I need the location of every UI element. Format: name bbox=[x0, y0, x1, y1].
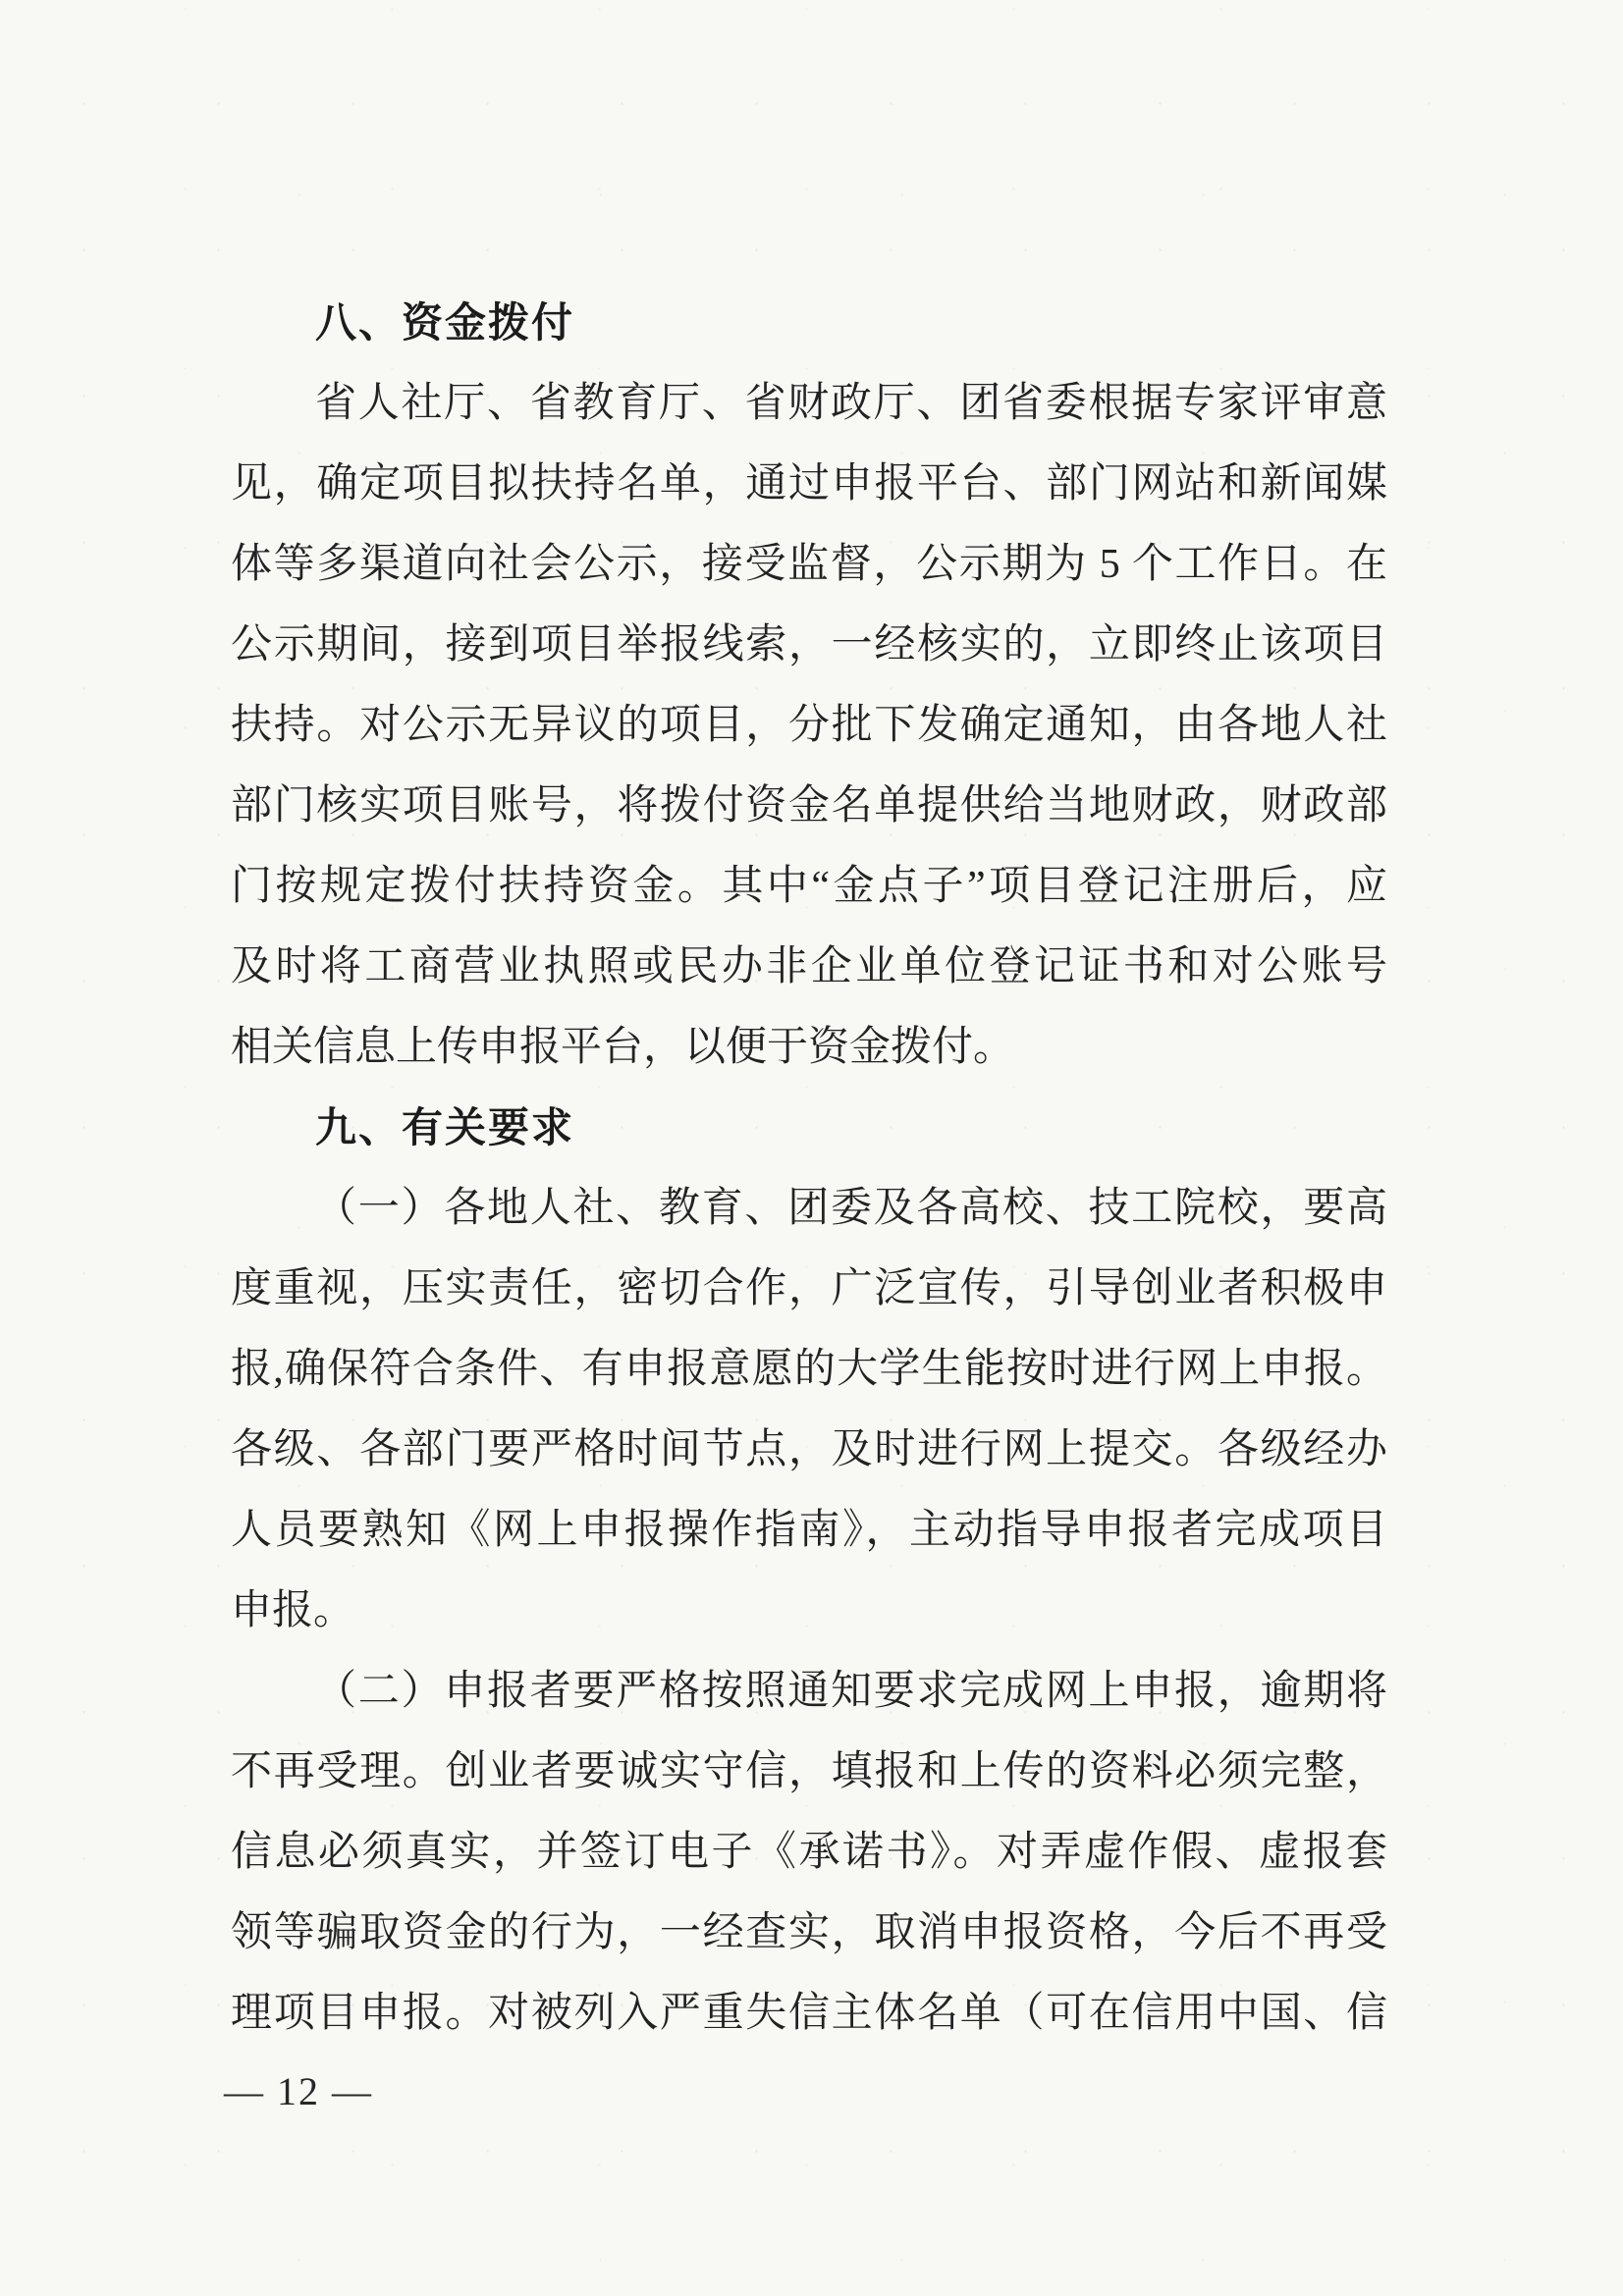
text-line: 部门核实项目账号，将拨付资金名单提供给当地财政，财政部 bbox=[231, 766, 1387, 846]
section-9-item-2-paragraph: （二）申报者要严格按照通知要求完成网上申报，逾期将不再受理。创业者要诚实守信，填… bbox=[231, 1651, 1387, 2054]
text-line: 申报。 bbox=[231, 1571, 1387, 1651]
section-8-heading: 八、资金拨付 bbox=[231, 283, 1387, 363]
text-line: （一）各地人社、教育、团委及各高校、技工院校，要高 bbox=[231, 1168, 1387, 1249]
section-8-paragraph: 省人社厅、省教育厅、省财政厅、团省委根据专家评审意见，确定项目拟扶持名单，通过申… bbox=[231, 363, 1387, 1088]
text-line: 各级、各部门要严格时间节点，及时进行网上提交。各级经办 bbox=[231, 1410, 1387, 1490]
scanned-document-page: 八、资金拨付省人社厅、省教育厅、省财政厅、团省委根据专家评审意见，确定项目拟扶持… bbox=[0, 0, 1623, 2296]
text-line: 度重视，压实责任，密切合作，广泛宣传，引导创业者积极申 bbox=[231, 1249, 1387, 1329]
text-line: （二）申报者要严格按照通知要求完成网上申报，逾期将 bbox=[231, 1651, 1387, 1732]
text-line: 理项目申报。对被列入严重失信主体名单（可在信用中国、信 bbox=[231, 1973, 1387, 2054]
section-9-item-1-paragraph: （一）各地人社、教育、团委及各高校、技工院校，要高度重视，压实责任，密切合作，广… bbox=[231, 1168, 1387, 1651]
text-line: 及时将工商营业执照或民办非企业单位登记证书和对公账号 bbox=[231, 927, 1387, 1007]
text-line: 扶持。对公示无异议的项目，分批下发确定通知，由各地人社 bbox=[231, 685, 1387, 766]
text-line: 信息必须真实，并签订电子《承诺书》。对弄虚作假、虚报套 bbox=[231, 1812, 1387, 1893]
text-line: 省人社厅、省教育厅、省财政厅、团省委根据专家评审意 bbox=[231, 363, 1387, 444]
text-line: 体等多渠道向社会公示，接受监督，公示期为 5 个工作日。在 bbox=[231, 524, 1387, 605]
text-line: 门按规定拨付扶持资金。其中“金点子”项目登记注册后，应 bbox=[231, 846, 1387, 927]
text-line: 领等骗取资金的行为，一经查实，取消申报资格，今后不再受 bbox=[231, 1893, 1387, 1973]
page-number: — 12 — bbox=[224, 2064, 373, 2119]
heading-line: 八、资金拨付 bbox=[231, 283, 1387, 363]
text-line: 相关信息上传申报平台，以便于资金拨付。 bbox=[231, 1007, 1387, 1088]
section-9-heading: 九、有关要求 bbox=[231, 1088, 1387, 1168]
text-line: 人员要熟知《网上申报操作指南》，主动指导申报者完成项目 bbox=[231, 1490, 1387, 1571]
text-line: 公示期间，接到项目举报线索，一经核实的，立即终止该项目 bbox=[231, 605, 1387, 685]
heading-line: 九、有关要求 bbox=[231, 1088, 1387, 1168]
document-body: 八、资金拨付省人社厅、省教育厅、省财政厅、团省委根据专家评审意见，确定项目拟扶持… bbox=[231, 283, 1387, 2054]
text-line: 报,确保符合条件、有申报意愿的大学生能按时进行网上申报。 bbox=[231, 1329, 1387, 1410]
text-line: 见，确定项目拟扶持名单，通过申报平台、部门网站和新闻媒 bbox=[231, 444, 1387, 524]
text-line: 不再受理。创业者要诚实守信，填报和上传的资料必须完整， bbox=[231, 1732, 1387, 1812]
